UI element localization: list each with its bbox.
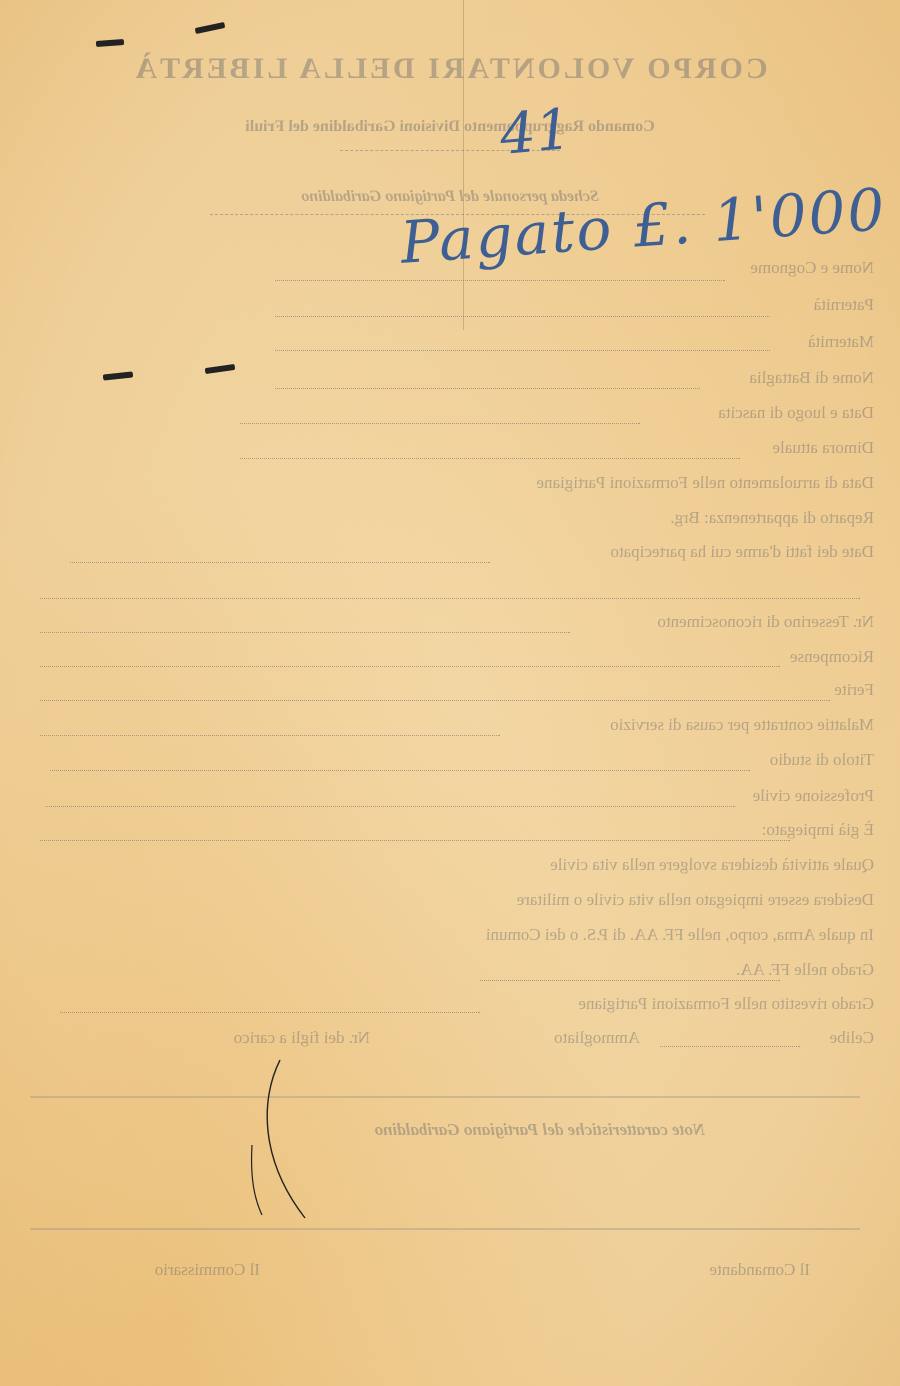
section-divider [30, 1096, 860, 1098]
notes-title: Note caratteristiche del Partigiano Gari… [374, 1120, 705, 1140]
field-label: Desidera essere impiegato nella vita civ… [517, 890, 874, 910]
field-label: Titolo di studio [770, 750, 874, 770]
field-label: Date dei fatti d'arme cui ha partecipato [610, 542, 874, 562]
field-label: Nome di Battaglia [749, 368, 874, 388]
field-label: Quale attività desidera svolgere nella v… [550, 855, 874, 875]
pen-stroke [230, 1050, 320, 1230]
field-label: Ricompense [790, 647, 874, 667]
signature-left: Il Comandante [709, 1260, 810, 1280]
signature-right: Il Commissario [155, 1260, 260, 1280]
field-label-extra: Nr. dei figli a carico [234, 1028, 370, 1048]
field-label: Professione civile [753, 786, 874, 806]
field-label: Maternità [808, 332, 874, 352]
handwritten-number: 41 [497, 97, 574, 168]
document-page: CORPO VOLONTARI DELLA LIBERTÀ Comando Ra… [0, 0, 900, 1386]
field-label: È già impiegato: [762, 820, 874, 840]
field-label: Nr. Tesserino di riconoscimento [657, 612, 874, 632]
field-label: Grado nelle FF. AA. [736, 960, 874, 980]
field-label: Data e luogo di nascita [718, 403, 874, 423]
field-label: Celibe [830, 1028, 874, 1048]
field-label: Data di arruolamento nelle Formazioni Pa… [536, 473, 874, 493]
field-label: Nome e Cognome [750, 258, 874, 278]
field-label-extra: Ammogliato [554, 1028, 640, 1048]
field-label: Reparto di appartenenza: Brg. [670, 508, 874, 528]
signature-divider [30, 1228, 860, 1230]
field-label: Malattie contratte per causa di servizio [610, 715, 874, 735]
form-header-subtitle: Comando Raggruppamento Divisioni Garibal… [0, 118, 900, 136]
field-label: Ferite [834, 680, 874, 700]
field-label: Paternità [814, 295, 874, 315]
field-label: Dimora attuale [773, 438, 875, 458]
field-label: In quale Arma, corpo, nelle FF. AA. di P… [486, 925, 874, 945]
form-header-title: CORPO VOLONTARI DELLA LIBERTÀ [0, 52, 900, 86]
field-label: Grado rivestito nelle Formazioni Partigi… [578, 994, 874, 1014]
